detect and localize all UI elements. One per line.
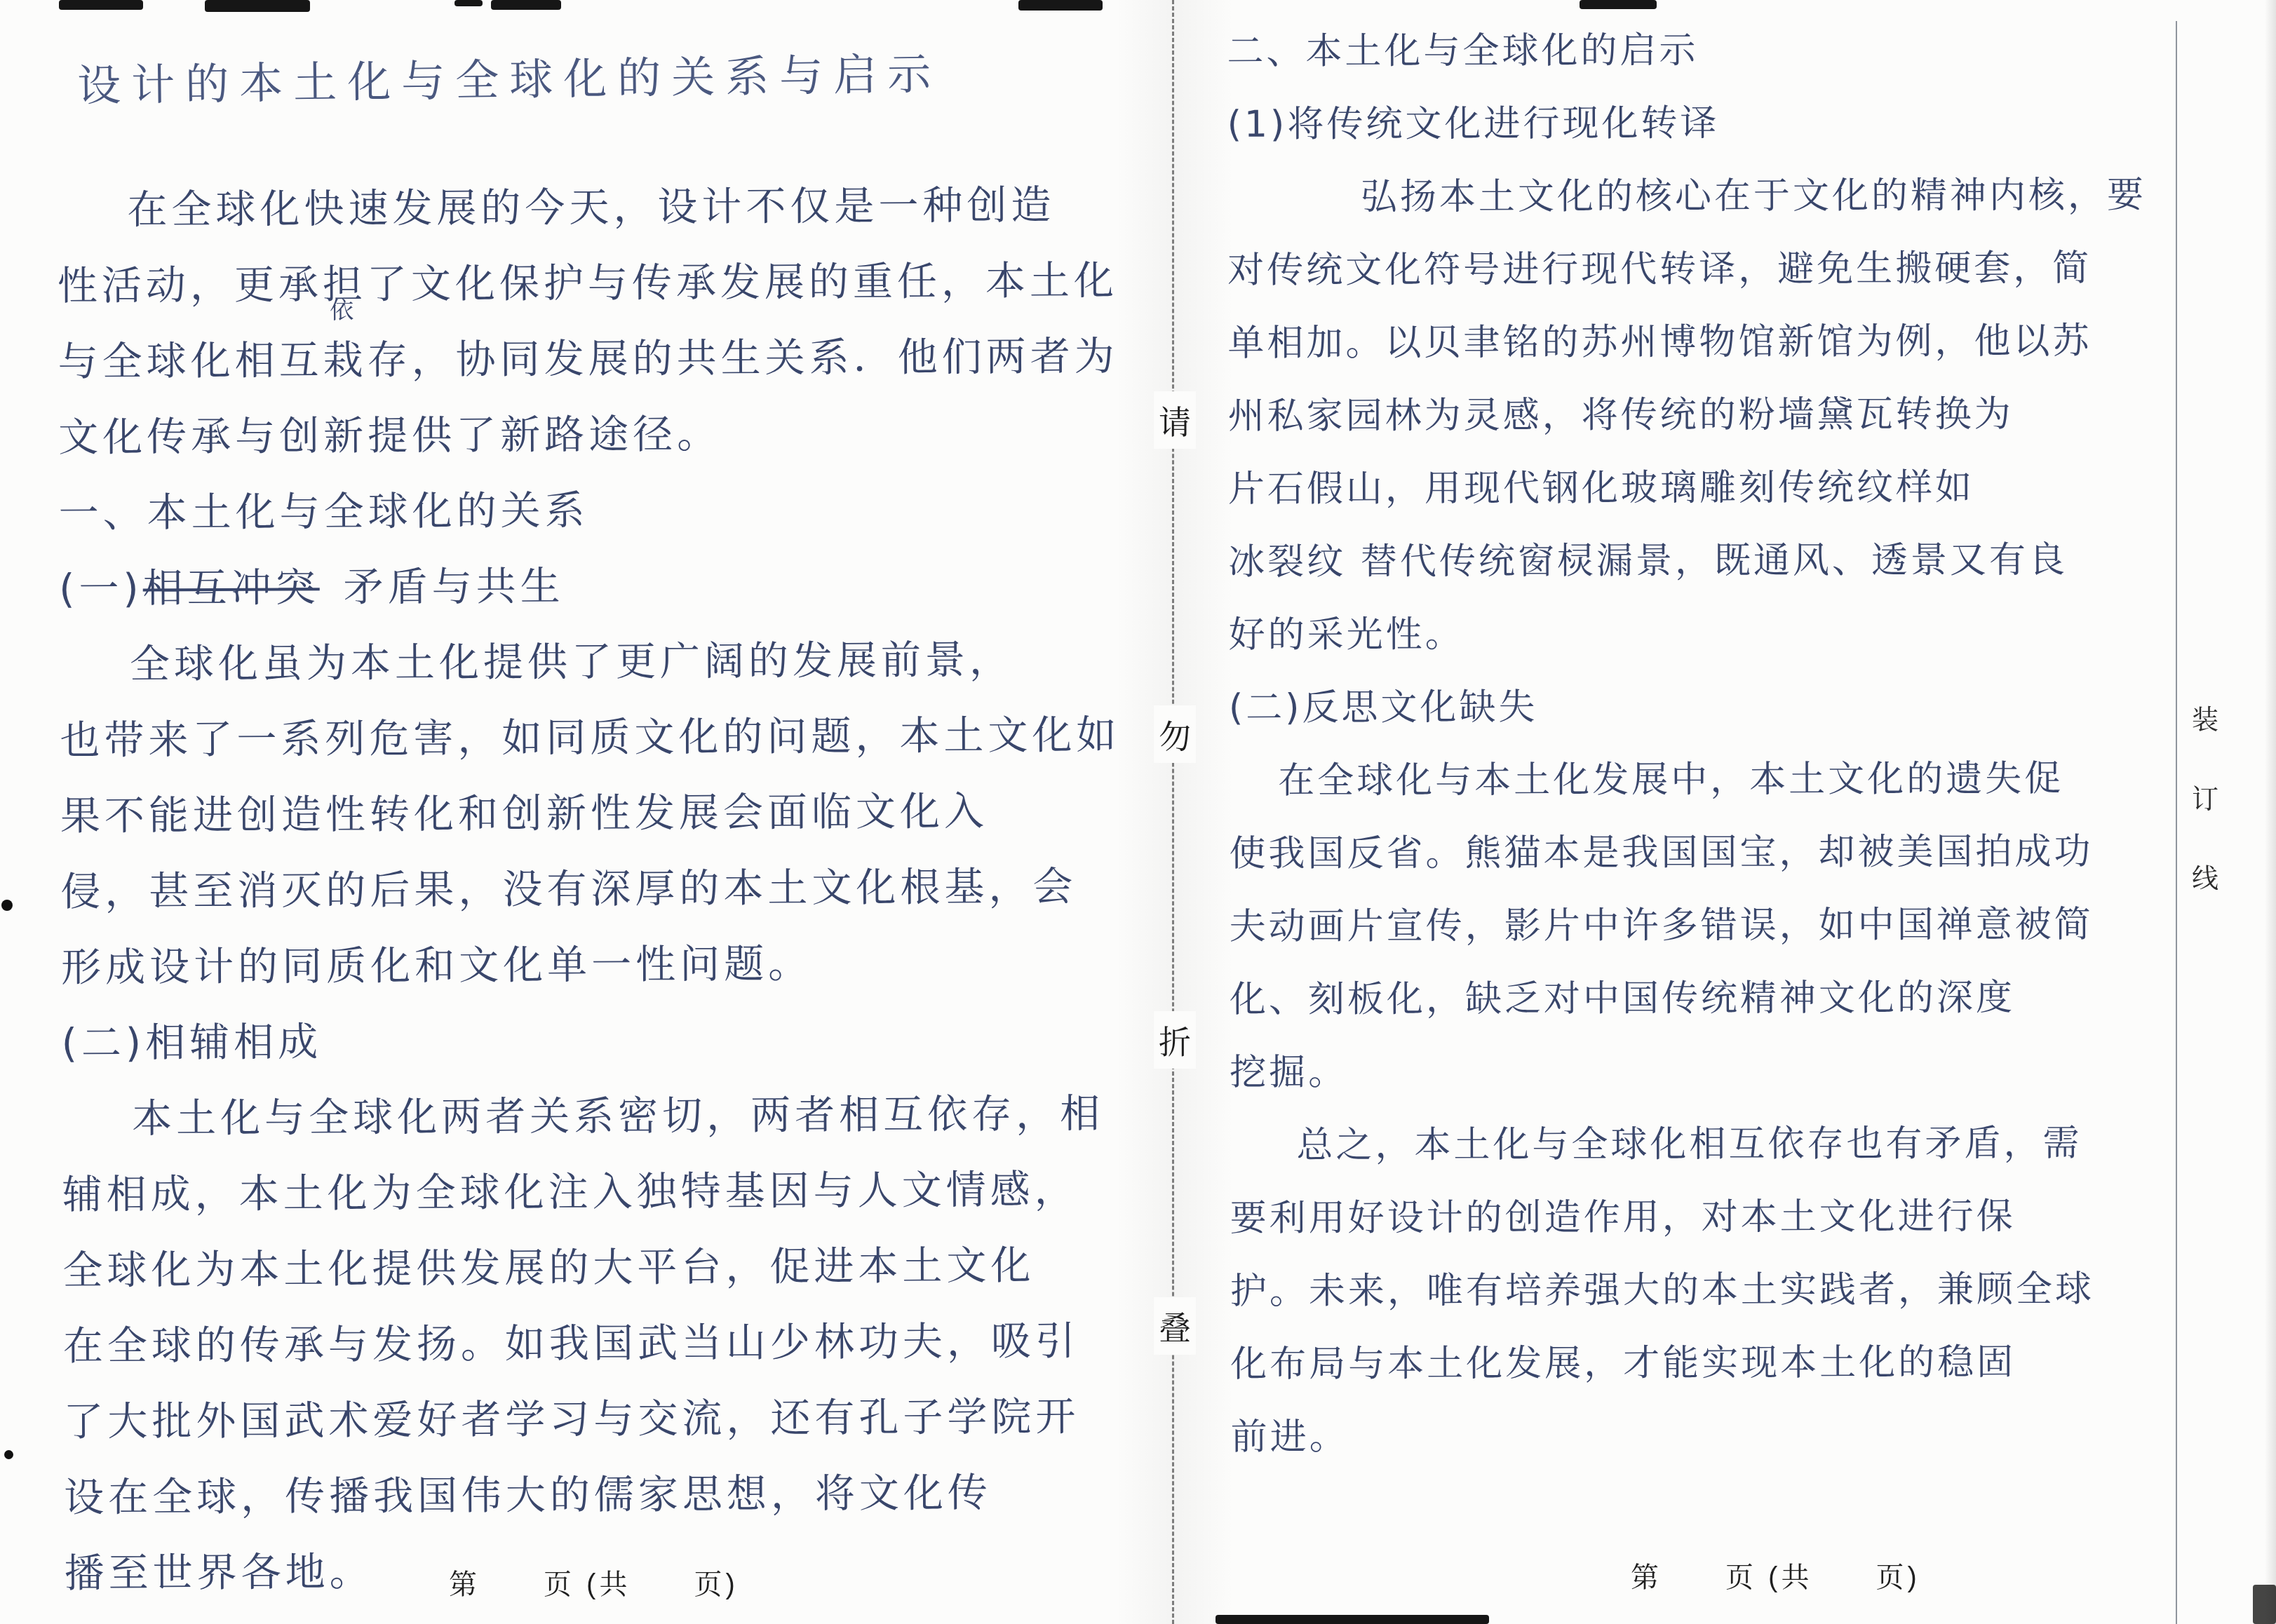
- fold-label-char: 叠: [1154, 1297, 1196, 1355]
- handwritten-line: 前进。: [1230, 1398, 2212, 1474]
- section-heading: 一、本土化与全球化的关系: [58, 470, 1188, 551]
- handwritten-line: 护。未来，唯有培养强大的本土实践者，兼顾全球: [1230, 1252, 2212, 1328]
- left-page-footer: 第 页 (共 页): [449, 1562, 739, 1602]
- handwritten-line: 性活动，更承担了文化保护与传承发展的重任，本土化: [58, 243, 1187, 324]
- handwritten-line: 全球化为本土化提供发展的大平台，促进本土文化: [62, 1227, 1192, 1308]
- handwritten-line: 侵，甚至消灭的后果，没有深厚的本土文化根基，会: [60, 848, 1190, 930]
- handwritten-line: 弘扬本土文化的核心在于文化的精神内核，要: [1227, 158, 2209, 234]
- heading-prefix: (一): [59, 566, 143, 613]
- base-character: 栽: [323, 337, 367, 384]
- handwritten-line: 本土化与全球化两者关系密切，两者相互依存，相: [62, 1076, 1192, 1157]
- binding-label-char: 订: [2187, 777, 2223, 816]
- page-title: 设计的本土化与全球化的关系与启示: [55, 29, 1186, 177]
- handwritten-line: 果不能进创造性转化和创新性发展会面临文化入: [60, 773, 1190, 854]
- handwritten-line: 对传统文化符号进行现代转译，避免生搬硬套，简: [1227, 231, 2209, 307]
- scanned-handwritten-notes: 设计的本土化与全球化的关系与启示 在全球化快速发展的今天，设计不仅是一种创造 性…: [0, 0, 2276, 1624]
- handwritten-line: 使我国反省。熊猫本是我国国宝，却被美国拍成功: [1229, 815, 2211, 891]
- scanner-artifact: [4, 1450, 13, 1459]
- scanner-artifact: [454, 0, 483, 6]
- handwritten-line: 挖掘。: [1230, 1034, 2211, 1109]
- handwritten-line: 了大批外国武术爱好者学习与交流，还有孔子学院开: [63, 1379, 1193, 1460]
- handwritten-line: 设在全球，传播我国伟大的儒家思想，将文化传: [64, 1454, 1194, 1536]
- line-text: 与全球化相互: [58, 337, 323, 385]
- handwritten-line: 总之，本土化与全球化相互依存也有矛盾，需: [1230, 1107, 2211, 1182]
- handwritten-line: 夫动画片宣传，影片中许多错误，如中国禅意被简: [1230, 888, 2211, 963]
- left-page: 设计的本土化与全球化的关系与启示 在全球化快速发展的今天，设计不仅是一种创造 性…: [56, 34, 1194, 1611]
- corrected-character: 依栽: [323, 323, 368, 398]
- handwritten-line: 片石假山，用现代钢化玻璃雕刻传统纹样如: [1228, 450, 2210, 526]
- handwritten-line: 也带来了一系列危害，如同质文化的问题，本土文化如: [60, 697, 1190, 778]
- scanner-artifact: [205, 0, 310, 12]
- scanner-artifact: [1018, 0, 1103, 11]
- handwritten-line: 全球化虽为本土化提供了更广阔的发展前景，: [60, 621, 1190, 703]
- scan-edge-shading: [2265, 0, 2276, 1624]
- fold-label-char: 请: [1154, 391, 1196, 449]
- subsection-heading: (二)反思文化缺失: [1229, 669, 2211, 745]
- handwritten-line: 化、刻板化，缺乏对中国传统精神文化的深度: [1230, 961, 2211, 1036]
- struck-text: 相互冲突: [143, 564, 320, 611]
- binding-label-char: 线: [2187, 856, 2223, 895]
- handwritten-line: 文化传承与创新提供了新路途径。: [58, 394, 1188, 475]
- scanner-artifact: [491, 0, 561, 10]
- binding-label-char: 装: [2187, 698, 2223, 736]
- correction-annotation: 依: [330, 299, 353, 323]
- handwritten-line: 好的采光性。: [1228, 596, 2210, 672]
- handwritten-line: 要利用好设计的创造作用，对本土文化进行保: [1230, 1179, 2212, 1255]
- scanner-artifact: [1, 900, 13, 911]
- right-page-footer: 第 页 (共 页): [1631, 1555, 1920, 1595]
- subsection-heading: (1)将传统文化进行现化转译: [1227, 86, 2209, 161]
- handwritten-line-with-correction: 与全球化相互依栽存，协同发展的共生关系．他们两者为: [58, 318, 1187, 400]
- handwritten-line: 冰裂纹 替代传统窗棂漏景，既通风、透景又有良: [1228, 523, 2210, 599]
- heading-text: 矛盾与共生: [344, 563, 565, 611]
- subsection-heading-with-strikethrough: (一)相互冲突矛盾与共生: [59, 546, 1189, 627]
- subsection-heading: (二)相辅相成: [61, 1000, 1191, 1081]
- handwritten-line: 化布局与本土化发展，才能实现本土化的稳固: [1230, 1325, 2212, 1401]
- handwritten-line: 在全球化快速发展的今天，设计不仅是一种创造: [57, 167, 1187, 248]
- handwritten-line: 形成设计的同质化和文化单一性问题。: [61, 924, 1191, 1006]
- binding-line: [2176, 21, 2177, 1624]
- handwritten-line: 在全球的传承与发扬。如我国武当山少林功夫，吸引: [63, 1303, 1193, 1384]
- scanner-artifact: [1216, 1615, 1489, 1624]
- handwritten-line: 在全球化与本土化发展中，本土文化的遗失促: [1229, 742, 2211, 818]
- handwritten-line: 单相加。以贝聿铭的苏州博物馆新馆为例，他以苏: [1227, 304, 2209, 380]
- fold-label-char: 折: [1154, 1011, 1196, 1069]
- handwritten-line: 辅相成，本土化为全球化注入独特基因与人文情感，: [62, 1151, 1192, 1233]
- right-page: 二、本土化与全球化的启示 (1)将传统文化进行现化转译 弘扬本土文化的核心在于文…: [1227, 13, 2212, 1474]
- line-text: 存，协同发展的共生关系．他们两者为: [367, 333, 1118, 384]
- fold-dashed-line: [1172, 0, 1174, 1624]
- scanner-artifact: [1580, 0, 1657, 9]
- fold-shadow: [1115, 0, 1234, 1624]
- fold-label-char: 勿: [1154, 705, 1196, 763]
- section-heading: 二、本土化与全球化的启示: [1227, 13, 2209, 88]
- scanner-artifact: [59, 0, 143, 10]
- handwritten-line: 州私家园林为灵感，将传统的粉墙黛瓦转换为: [1228, 377, 2210, 453]
